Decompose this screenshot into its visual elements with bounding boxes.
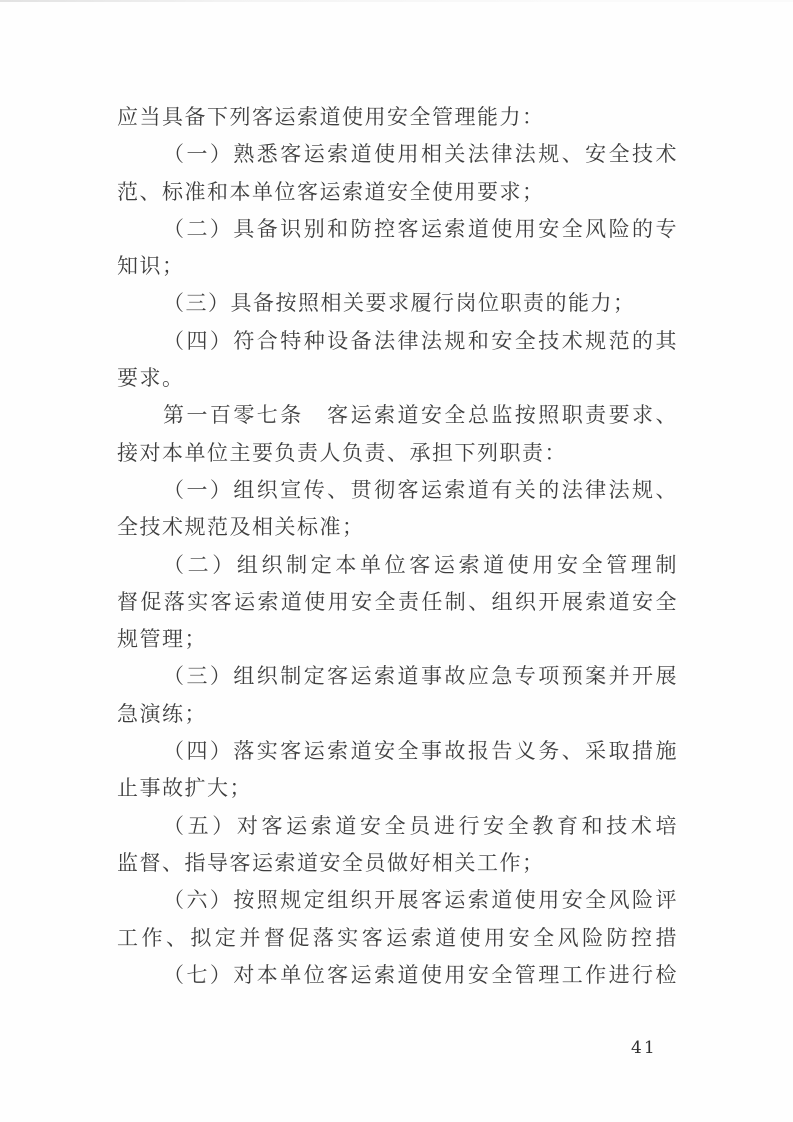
text-line: （二）组织制定本单位客运索道使用安全管理制度、 bbox=[117, 547, 678, 584]
text-line: 监督、指导客运索道安全员做好相关工作； bbox=[117, 845, 678, 882]
text-line: 范、标准和本单位客运索道安全使用要求； bbox=[117, 174, 678, 211]
text-block: 应当具备下列客运索道使用安全管理能力： （一）熟悉客运索道使用相关法律法规、安全… bbox=[117, 99, 678, 994]
text-line: （五）对客运索道安全员进行安全教育和技术培训、 bbox=[117, 808, 678, 845]
text-line: 要求。 bbox=[117, 360, 678, 397]
text-line: （四）落实客运索道安全事故报告义务、采取措施防 bbox=[117, 733, 678, 770]
text-line: 止事故扩大； bbox=[117, 770, 678, 807]
text-line: 知识； bbox=[117, 248, 678, 285]
text-line: （四）符合特种设备法律法规和安全技术规范的其他 bbox=[117, 323, 678, 360]
text-line: 工作、拟定并督促落实客运索道使用安全风险防控措施； bbox=[117, 920, 678, 957]
text-line: 急演练； bbox=[117, 696, 678, 733]
text-line: （七）对本单位客运索道使用安全管理工作进行检 bbox=[117, 957, 678, 994]
text-line: （一）组织宣传、贯彻客运索道有关的法律法规、安 bbox=[117, 472, 678, 509]
text-line: 接对本单位主要负责人负责、承担下列职责： bbox=[117, 435, 678, 472]
text-line: （三）具备按照相关要求履行岗位职责的能力； bbox=[117, 285, 678, 322]
page-number: 41 bbox=[631, 1038, 657, 1058]
text-line: （一）熟悉客运索道使用相关法律法规、安全技术规 bbox=[117, 136, 678, 173]
text-line: 应当具备下列客运索道使用安全管理能力： bbox=[117, 99, 678, 136]
text-line: （二）具备识别和防控客运索道使用安全风险的专业 bbox=[117, 211, 678, 248]
text-line: （六）按照规定组织开展客运索道使用安全风险评价 bbox=[117, 882, 678, 919]
text-line: 第一百零七条 客运索道安全总监按照职责要求、直 bbox=[117, 397, 678, 434]
text-line: 督促落实客运索道使用安全责任制、组织开展索道安全合 bbox=[117, 584, 678, 621]
scan-edge-artifact bbox=[0, 0, 793, 2]
document-page: 应当具备下列客运索道使用安全管理能力： （一）熟悉客运索道使用相关法律法规、安全… bbox=[0, 0, 793, 1122]
text-line: 全技术规范及相关标准； bbox=[117, 509, 678, 546]
text-line: 规管理； bbox=[117, 621, 678, 658]
text-line: （三）组织制定客运索道事故应急专项预案并开展应 bbox=[117, 658, 678, 695]
